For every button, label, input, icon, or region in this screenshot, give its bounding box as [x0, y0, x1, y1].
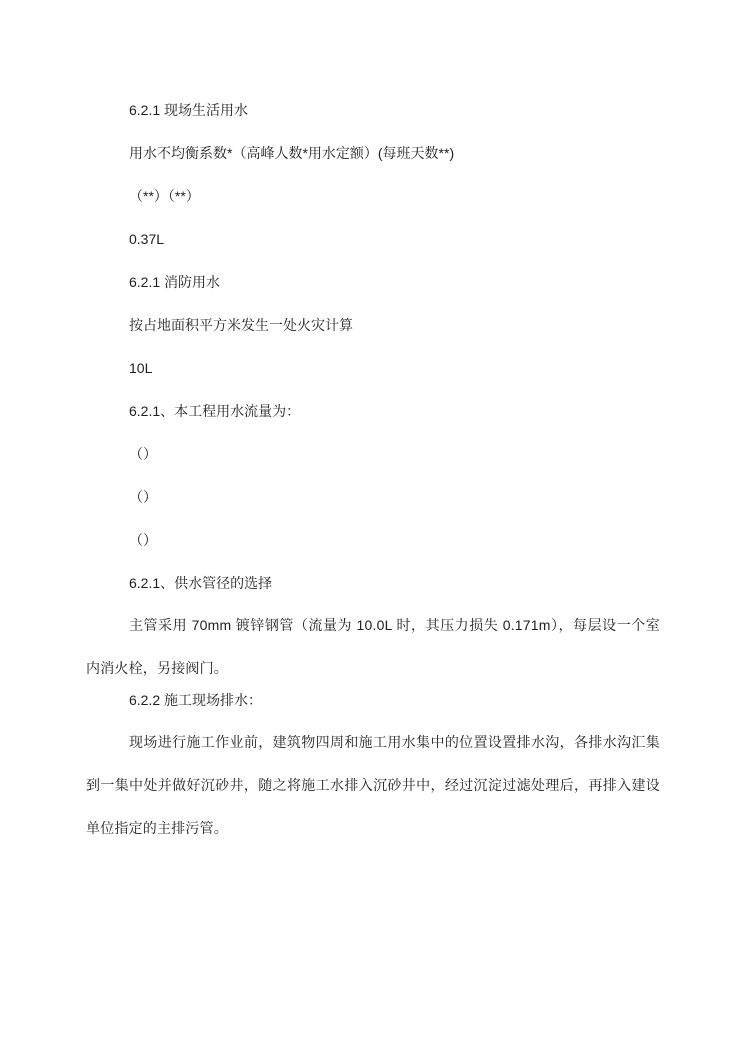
- formula-placeholder-line: （**）（**）: [86, 184, 660, 227]
- flow-placeholder-2: （）: [86, 485, 660, 528]
- paragraph-site-drainage: 现场进行施工作业前，建筑物四周和施工用水集中的位置设置排水沟，各排水沟汇集到一集…: [86, 721, 660, 850]
- heading-total-flow: 6.2.1、本工程用水流量为：: [86, 399, 660, 442]
- formula-line: 用水不均衡系数*（高峰人数*用水定额）(每班天数**): [86, 141, 660, 184]
- flow-placeholder-3: （）: [86, 528, 660, 571]
- value-fire-flow: 10L: [86, 356, 660, 399]
- heading-domestic-water: 6.2.1 现场生活用水: [86, 98, 660, 141]
- fire-calculation-basis: 按占地面积平方米发生一处火灾计算: [86, 313, 660, 356]
- value-domestic-flow: 0.37L: [86, 227, 660, 270]
- paragraph-pipe-selection: 主管采用 70mm 镀锌钢管（流量为 10.0L 时，其压力损失 0.171m）…: [86, 604, 660, 690]
- flow-placeholder-1: （）: [86, 442, 660, 485]
- heading-fire-water: 6.2.1 消防用水: [86, 270, 660, 313]
- document-page: 6.2.1 现场生活用水 用水不均衡系数*（高峰人数*用水定额）(每班天数**)…: [86, 98, 660, 850]
